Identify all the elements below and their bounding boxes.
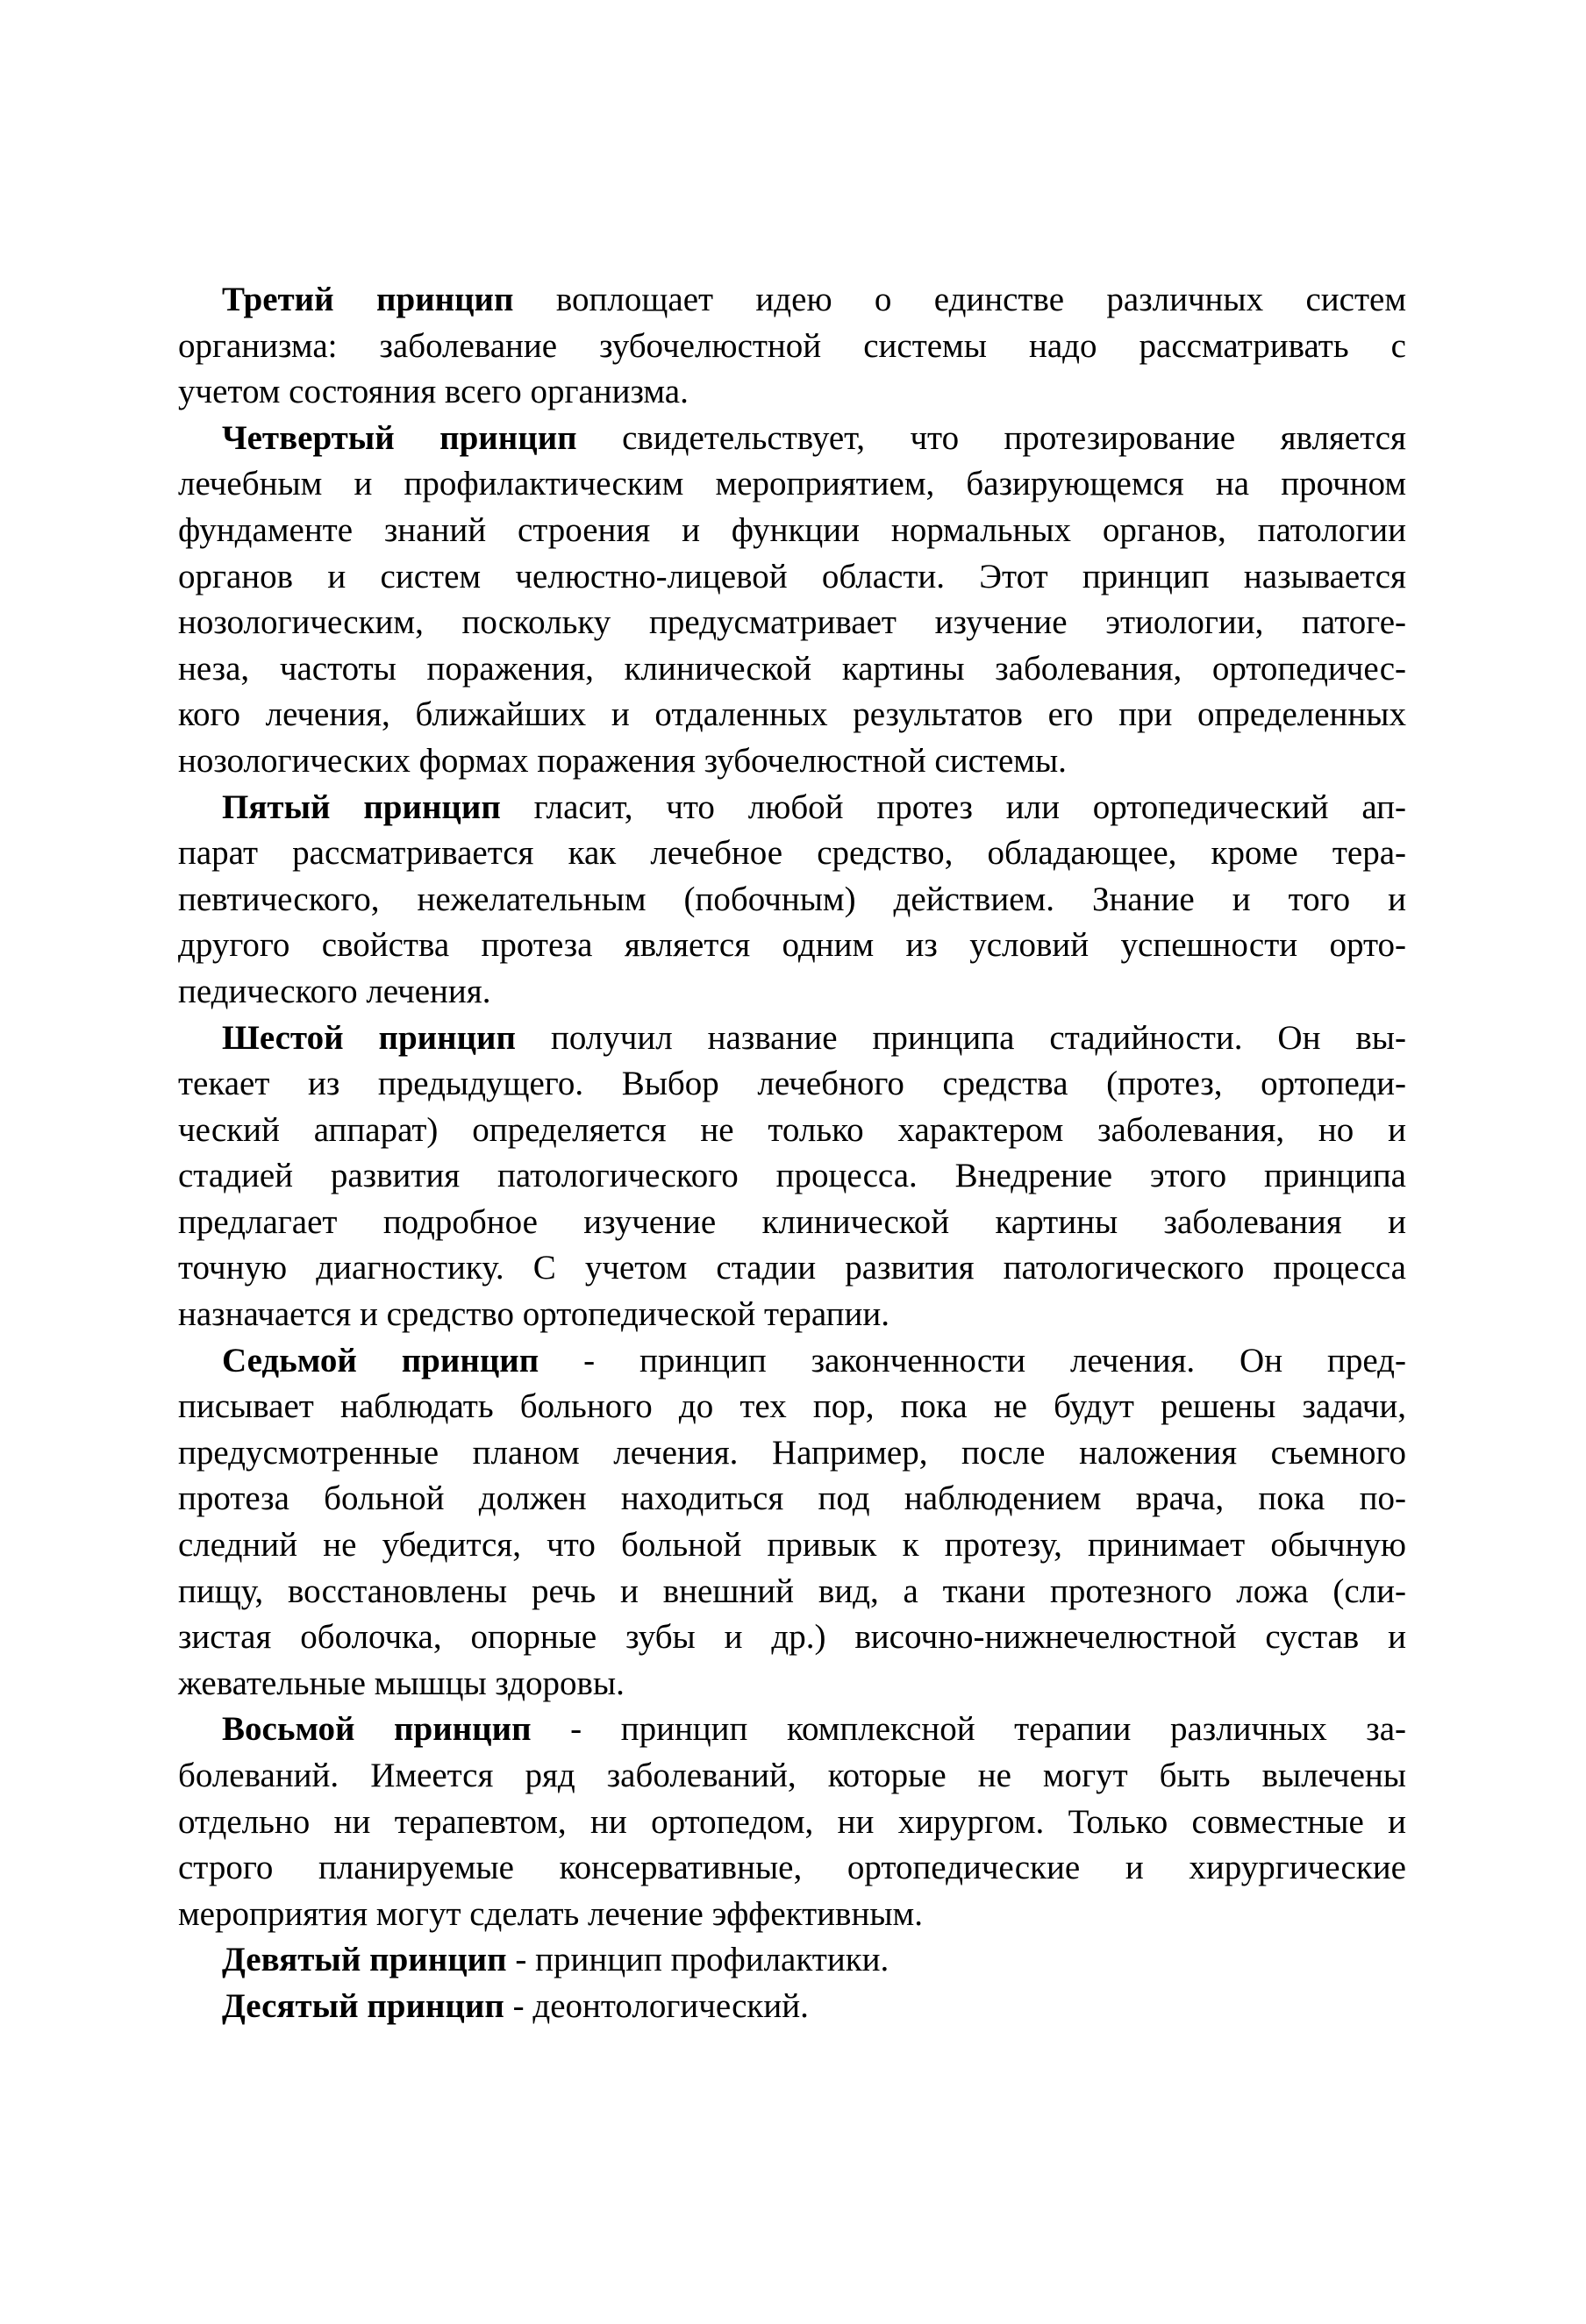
text-line: следний не убедится, что больной привык …	[178, 1522, 1406, 1569]
paragraph-third-principle: Третий принцип воплощает идею о единстве…	[178, 277, 1406, 416]
body-text: Третий принцип воплощает идею о единстве…	[178, 277, 1406, 2030]
text-line: Третий принцип воплощает идею о единстве…	[178, 277, 1406, 324]
text-line: стадией развития патологического процесс…	[178, 1153, 1406, 1200]
text-line: Четвертый принцип свидетельствует, что п…	[178, 416, 1406, 462]
text-line: жевательные мышцы здоровы.	[178, 1661, 1406, 1707]
paragraph-fifth-principle: Пятый принцип гласит, что любой протез и…	[178, 785, 1406, 1016]
text-line: парат рассматривается как лечебное средс…	[178, 831, 1406, 877]
text-line: отдельно ни терапевтом, ни ортопедом, ни…	[178, 1800, 1406, 1846]
paragraph-seventh-principle: Седьмой принцип - принцип законченности …	[178, 1338, 1406, 1707]
paragraph-sixth-principle: Шестой принцип получил название принципа…	[178, 1016, 1406, 1338]
text-line: ческий аппарат) определяется не только х…	[178, 1108, 1406, 1154]
text-line: Пятый принцип гласит, что любой протез и…	[178, 785, 1406, 831]
text-line: предлагает подробное изучение клиническо…	[178, 1200, 1406, 1246]
principle-heading: Седьмой принцип	[222, 1342, 539, 1379]
text-line: певтического, нежелательным (побочным) д…	[178, 877, 1406, 923]
text-line: Восьмой принцип - принцип комплексной те…	[178, 1707, 1406, 1753]
text-line: лечебным и профилактическим мероприятием…	[178, 461, 1406, 508]
text-line: Седьмой принцип - принцип законченности …	[178, 1338, 1406, 1385]
text-line: организма: заболевание зубочелюстной сис…	[178, 324, 1406, 370]
text-line: другого свойства протеза является одним …	[178, 923, 1406, 969]
text-line: органов и систем челюстно-лицевой област…	[178, 554, 1406, 601]
paragraph-fourth-principle: Четвертый принцип свидетельствует, что п…	[178, 416, 1406, 785]
principle-heading: Шестой принцип	[222, 1019, 516, 1057]
text-line: учетом состояния всего организма.	[178, 369, 1406, 416]
principle-heading: Девятый принцип	[222, 1941, 507, 1978]
text-line: Девятый принцип - принцип профилактики.	[178, 1937, 1406, 1984]
text-line: назначается и средство ортопедической те…	[178, 1292, 1406, 1338]
text-line: точную диагностику. С учетом стадии разв…	[178, 1245, 1406, 1292]
principle-heading: Пятый принцип	[222, 788, 501, 826]
text-line: писывает наблюдать больного до тех пор, …	[178, 1384, 1406, 1430]
text-line: нозологических формах поражения зубочелю…	[178, 738, 1406, 785]
text-line: педического лечения.	[178, 969, 1406, 1016]
text-line: неза, частоты поражения, клинической кар…	[178, 646, 1406, 693]
text-line: нозологическим, поскольку предусматривае…	[178, 600, 1406, 646]
principle-heading: Третий принцип	[222, 281, 514, 318]
text-line: предусмотренные планом лечения. Например…	[178, 1430, 1406, 1477]
paragraph-tenth-principle: Десятый принцип - деонтологический.	[178, 1984, 1406, 2030]
text-line: зистая оболочка, опорные зубы и др.) вис…	[178, 1615, 1406, 1661]
principle-heading: Четвертый принцип	[222, 419, 577, 457]
text-line: мероприятия могут сделать лечение эффект…	[178, 1892, 1406, 1938]
text-line: протеза больной должен находиться под на…	[178, 1476, 1406, 1522]
principle-heading: Десятый принцип	[222, 1987, 504, 2025]
text-line: кого лечения, ближайших и отдаленных рез…	[178, 692, 1406, 738]
text-line: текает из предыдущего. Выбор лечебного с…	[178, 1061, 1406, 1108]
text-line: пищу, восстановлены речь и внешний вид, …	[178, 1569, 1406, 1615]
document-page: Третий принцип воплощает идею о единстве…	[0, 0, 1586, 2324]
paragraph-ninth-principle: Девятый принцип - принцип профилактики.	[178, 1937, 1406, 1984]
text-line: Десятый принцип - деонтологический.	[178, 1984, 1406, 2030]
text-line: строго планируемые консервативные, ортоп…	[178, 1845, 1406, 1892]
paragraph-eighth-principle: Восьмой принцип - принцип комплексной те…	[178, 1707, 1406, 1937]
text-line: Шестой принцип получил название принципа…	[178, 1016, 1406, 1062]
text-line: фундаменте знаний строения и функции нор…	[178, 508, 1406, 554]
text-line: болеваний. Имеется ряд заболеваний, кото…	[178, 1753, 1406, 1800]
principle-heading: Восьмой принцип	[222, 1710, 532, 1748]
